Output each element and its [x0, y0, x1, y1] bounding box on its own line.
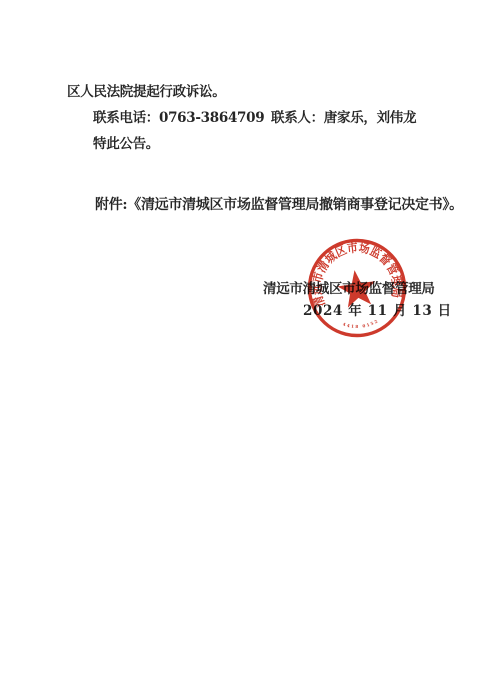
star-icon — [336, 268, 379, 309]
closing-text: 特此公告。 — [93, 137, 159, 153]
contact-phone-text: 联系电话：0763-3864709 — [93, 111, 264, 127]
contact-person-text: 联系人：唐家乐，刘伟龙 — [271, 111, 416, 127]
attachment-reference-text: 附件:《清远市清城区市场监督管理局撤销商事登记决定书》。 — [95, 197, 463, 213]
body-text-continuation: 区人民法院提起行政诉讼。 — [67, 85, 225, 101]
seal-code-number: 4418 0152 — [342, 317, 381, 332]
official-red-seal: 清远市清城区市场监督管理局 4418 0152 — [298, 229, 415, 346]
document-page: 区人民法院提起行政诉讼。 联系电话：0763-3864709 联系人：唐家乐，刘… — [0, 0, 500, 698]
